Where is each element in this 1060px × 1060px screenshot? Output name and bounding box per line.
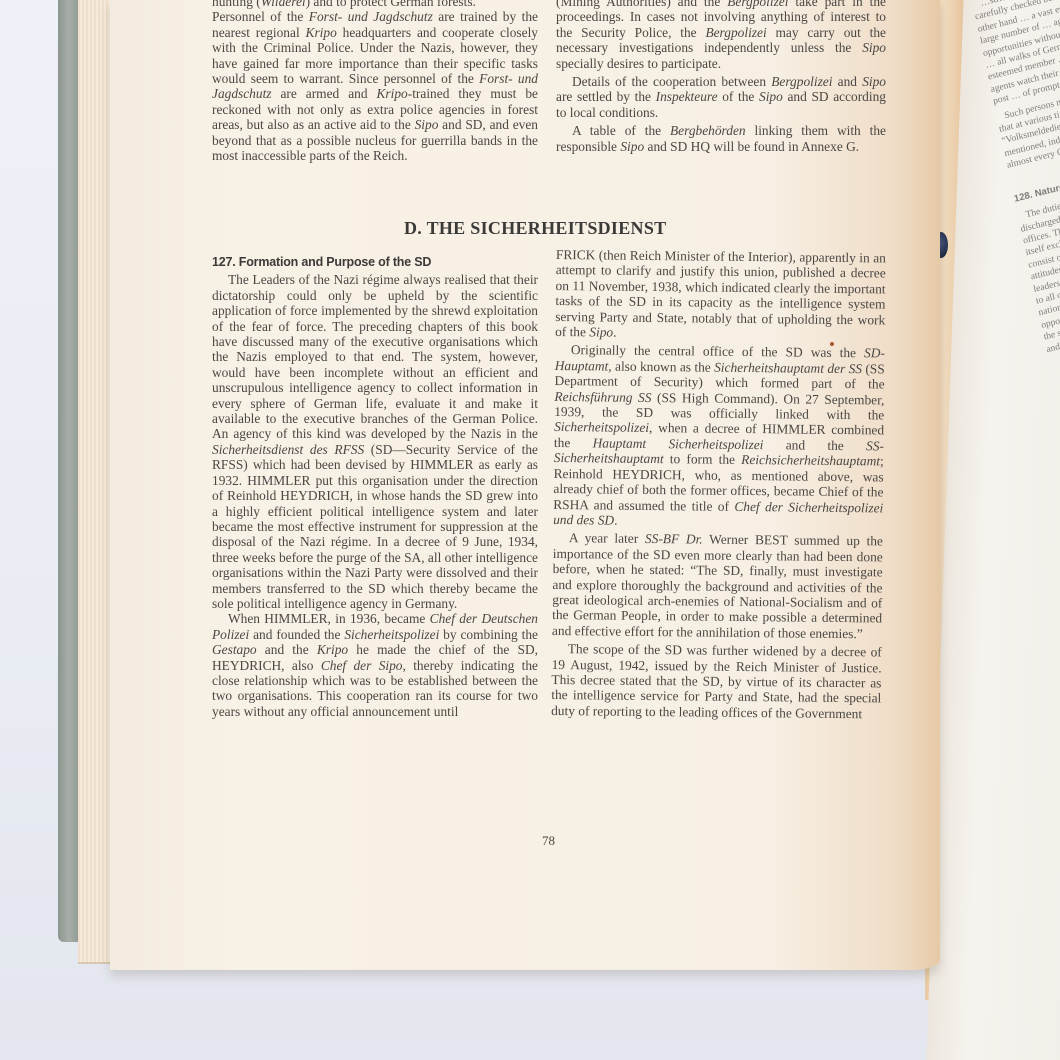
paragraph: The scope of the SD was further widened … <box>551 641 882 721</box>
right-column: FRICK (then Reich Minister of the Interi… <box>551 247 886 722</box>
paragraph: Personnel of the Forst- und Jagdschutz a… <box>212 9 538 163</box>
page-number: 78 <box>542 833 555 849</box>
subsection-heading: 127. Formation and Purpose of the SD <box>212 255 538 270</box>
top-right-column: (Mining Authorities) and the Bergpolizei… <box>556 0 886 154</box>
paragraph: A table of the Bergbehörden linking them… <box>556 123 886 154</box>
book-cover-edge <box>58 0 80 942</box>
ink-speck <box>830 342 834 346</box>
left-column: 127. Formation and Purpose of the SD The… <box>212 255 538 719</box>
paragraph: When HIMMLER, in 1936, became Chef der D… <box>212 611 538 719</box>
facing-page-top-text: …strictly confidential nature of SD work… <box>972 0 1060 108</box>
section-heading: D. THE SICHERHEITSDIENST <box>404 218 704 239</box>
paragraph: (Mining Authorities) and the Bergpolizei… <box>556 0 886 71</box>
paragraph: A year later SS-BF Dr. Werner BEST summe… <box>552 530 883 641</box>
paragraph: Originally the central office of the SD … <box>553 342 885 530</box>
paragraph: FRICK (then Reich Minister of the Interi… <box>555 247 886 343</box>
paragraph: The Leaders of the Nazi régime always re… <box>212 272 538 611</box>
top-left-column: hunting (Wilderei) and to protect German… <box>212 0 538 163</box>
paragraph: hunting (Wilderei) and to protect German… <box>212 0 538 9</box>
paragraph: Details of the cooperation between Bergp… <box>556 74 886 120</box>
facing-page-bottom-text: The duties of the SD as an intelligence … <box>1017 139 1060 356</box>
